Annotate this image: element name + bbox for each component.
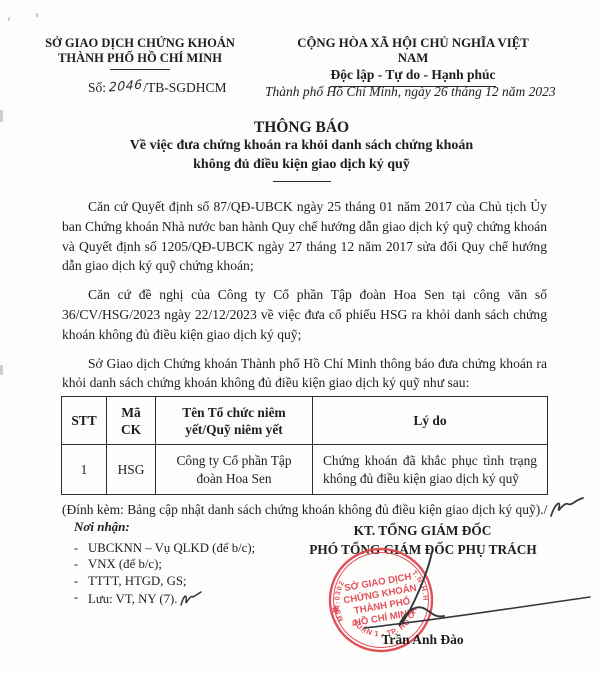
recipient-item: TTTT, HTGD, GS; (74, 573, 255, 589)
cell-issuer: Công ty Cổ phần Tập đoàn Hoa Sen (156, 445, 313, 495)
doc-number-label: Số: (88, 80, 106, 95)
handwritten-initials-icon (178, 589, 204, 609)
body-text: Căn cứ Quyết định số 87/QĐ-UBCK ngày 25 … (62, 197, 547, 402)
attachment-note: (Đính kèm: Bảng cập nhật danh sách chứng… (62, 502, 547, 517)
recipient-item: VNX (để b/c); (74, 556, 255, 572)
paragraph-legal-basis-1: Căn cứ Quyết định số 87/QĐ-UBCK ngày 25 … (62, 197, 547, 276)
scan-speck (36, 13, 39, 17)
signer-name: Trần Anh Đào (340, 632, 505, 648)
doc-number-handwritten: 2046 (109, 76, 143, 94)
issuing-org-block: SỞ GIAO DỊCH CHỨNG KHOÁN THÀNH PHỐ HỒ CH… (40, 36, 240, 70)
scan-edge-artifact (0, 365, 3, 375)
national-title: CỘNG HÒA XÃ HỘI CHỦ NGHĨA VIỆT NAM (283, 36, 543, 66)
doc-number: Số: 2046/TB-SGDHCM (88, 80, 226, 96)
recipient-item: UBCKNN – Vụ QLKD (để b/c); (74, 540, 255, 556)
attachment-note-line: (Đính kèm: Bảng cập nhật danh sách chứng… (62, 496, 582, 520)
table-header-ticker: Mã CK (107, 397, 156, 445)
recipient-archive: Lưu: VT, NY (7). (88, 592, 178, 606)
cell-ticker: HSG (107, 445, 156, 495)
recipients-list: UBCKNN – Vụ QLKD (để b/c); VNX (để b/c);… (74, 540, 255, 609)
paragraph-legal-basis-2: Căn cứ đề nghị của Công ty Cổ phần Tập đ… (62, 285, 547, 344)
table-header-issuer: Tên Tổ chức niêm yết/Quỹ niêm yết (156, 397, 313, 445)
national-motto: Độc lập - Tự do - Hạnh phúc (283, 67, 543, 83)
notice-title-block: THÔNG BÁO Về việc đưa chứng khoán ra khỏ… (0, 118, 603, 182)
scan-speck (7, 17, 10, 21)
cell-stt: 1 (62, 445, 107, 495)
table-row: 1 HSG Công ty Cổ phần Tập đoàn Hoa Sen C… (62, 445, 548, 495)
document-page: SỞ GIAO DỊCH CHỨNG KHOÁN THÀNH PHỐ HỒ CH… (0, 0, 603, 673)
org-name-line-1: SỞ GIAO DỊCH CHỨNG KHOÁN (40, 36, 240, 51)
place-dateline: Thành phố Hồ Chí Minh, ngày 26 tháng 12 … (265, 84, 555, 100)
securities-table: STT Mã CK Tên Tổ chức niêm yết/Quỹ niêm … (61, 396, 548, 495)
notice-title: THÔNG BÁO (0, 118, 603, 137)
title-divider (273, 181, 331, 182)
recipient-item: Lưu: VT, NY (7). (74, 589, 255, 609)
national-header-block: CỘNG HÒA XÃ HỘI CHỦ NGHĨA VIỆT NAM Độc l… (283, 36, 543, 87)
table-header-stt: STT (62, 397, 107, 445)
table-header-reason: Lý do (313, 397, 548, 445)
table-header-row: STT Mã CK Tên Tổ chức niêm yết/Quỹ niêm … (62, 397, 548, 445)
cell-reason: Chứng khoán đã khắc phục tình trạng khôn… (313, 445, 548, 495)
notice-subtitle-2: không đủ điều kiện giao dịch ký quỹ (0, 156, 603, 175)
handwritten-initials-icon (547, 496, 587, 520)
paragraph-announcement: Sở Giao dịch Chứng khoán Thành phố Hồ Ch… (62, 354, 547, 394)
org-name-line-2: THÀNH PHỐ HỒ CHÍ MINH (40, 51, 240, 66)
notice-subtitle-1: Về việc đưa chứng khoán ra khỏi danh sác… (0, 137, 603, 156)
doc-number-suffix: /TB-SGDHCM (143, 80, 226, 95)
org-underline (110, 69, 170, 70)
signature-title-1: KT. TỔNG GIÁM ĐỐC (295, 523, 550, 539)
recipients-label: Nơi nhận: (74, 519, 130, 535)
